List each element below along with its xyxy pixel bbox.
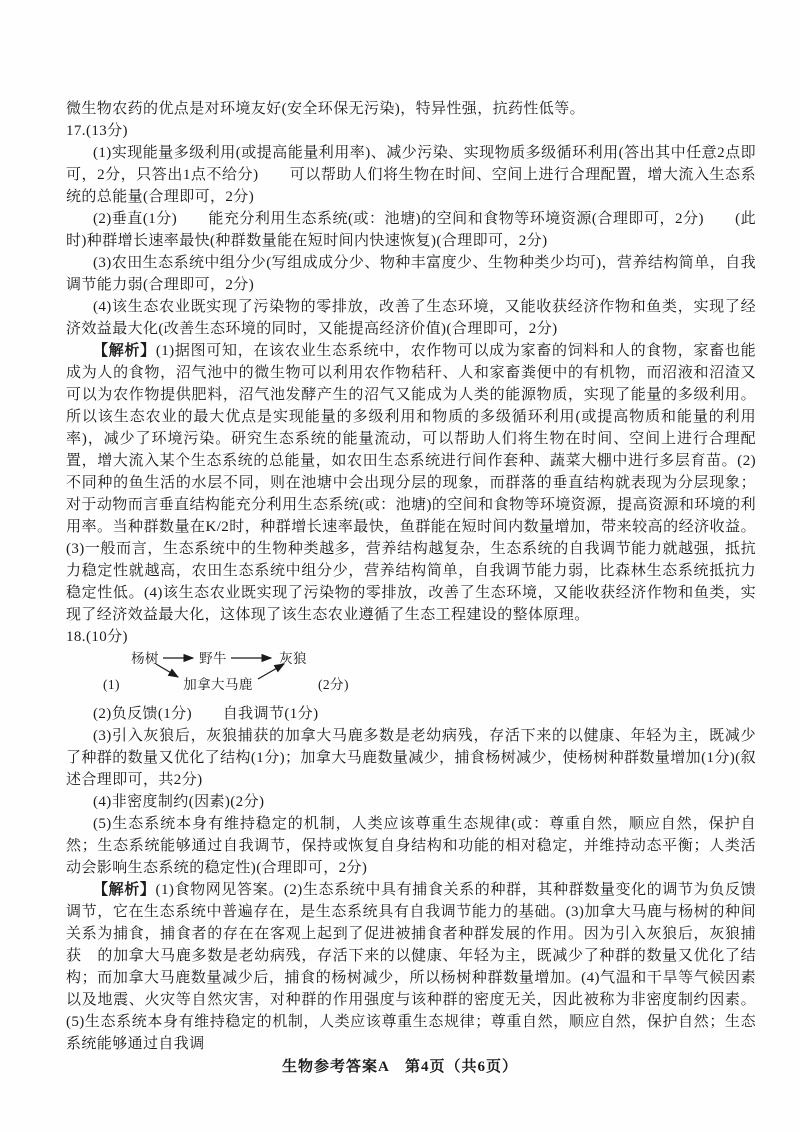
answer-18-5: (5)生态系统本身有维持稳定的机制，人类应该尊重生态规律(或：尊重自然，顺应自然…	[66, 813, 756, 879]
diagram-node-wolf: 灰狼	[279, 651, 307, 666]
answer-17-4: (4)该生态农业既实现了污染物的零排放，改善了生态环境，又能收获经济作物和鱼类，…	[66, 296, 756, 340]
document-body: 微生物农药的优点是对环境友好(安全环保无污染)，特异性强，抗药性低等。 17.(…	[66, 98, 756, 1055]
answer-17-1: (1)实现能量多级利用(或提高能量利用率)、减少污染、实现物质多级循环利用(答出…	[66, 142, 756, 208]
analysis-18-label: 【解析】	[93, 882, 156, 898]
answer-18-1-label: (1)	[103, 677, 120, 692]
intro-paragraph: 微生物农药的优点是对环境友好(安全环保无污染)，特异性强，抗药性低等。	[66, 98, 756, 120]
food-web-diagram: 杨树 野牛 灰狼 加拿大马鹿 (1) (2分)	[66, 648, 756, 703]
analysis-18-text: (1)食物网见答案。(2)生态系统中具有捕食关系的种群，其种群数量变化的调节为负…	[66, 882, 756, 1052]
arrow-poplar-to-elk	[156, 664, 178, 677]
answer-17-3: (3)农田生态系统中组分少(写组成成分少、物种丰富度少、生物种类少均可)，营养结…	[66, 252, 756, 296]
analysis-17-paragraph: 【解析】(1)据图可知，在该农业生态系统中，农作物可以成为家畜的饲料和人的食物，…	[66, 340, 756, 626]
answer-18-3: (3)引入灰狼后，灰狼捕获的加拿大马鹿多数是老幼病残，存活下来的以健康、年轻为主…	[66, 725, 756, 791]
page-footer: 生物参考答案A 第4页（共6页）	[0, 1055, 800, 1076]
answer-18-2: (2)负反馈(1分) 自我调节(1分)	[66, 703, 756, 725]
answer-17-2: (2)垂直(1分) 能充分利用生态系统(或：池塘)的空间和食物等环境资源(合理即…	[66, 208, 756, 252]
scanned-answer-page: 微生物农药的优点是对环境友好(安全环保无污染)，特异性强，抗药性低等。 17.(…	[0, 0, 800, 1132]
diagram-node-poplar: 杨树	[131, 650, 159, 666]
diagram-node-elk: 加拿大马鹿	[183, 676, 253, 692]
analysis-17-text: (1)据图可知，在该农业生态系统中，农作物可以成为家畜的饲料和人的食物，家畜也能…	[66, 343, 756, 623]
analysis-18-paragraph: 【解析】(1)食物网见答案。(2)生态系统中具有捕食关系的种群，其种群数量变化的…	[66, 879, 756, 1055]
question-18-heading: 18.(10分)	[66, 626, 756, 648]
question-17-heading: 17.(13分)	[66, 120, 756, 142]
arrow-elk-to-wolf	[258, 664, 284, 679]
answer-18-4: (4)非密度制约(因素)(2分)	[66, 791, 756, 813]
food-web-svg: 杨树 野牛 灰狼 加拿大马鹿 (1) (2分)	[66, 648, 756, 703]
analysis-17-label: 【解析】	[93, 343, 156, 359]
diagram-node-bison: 野牛	[199, 650, 227, 666]
answer-18-1-score: (2分)	[318, 677, 349, 692]
